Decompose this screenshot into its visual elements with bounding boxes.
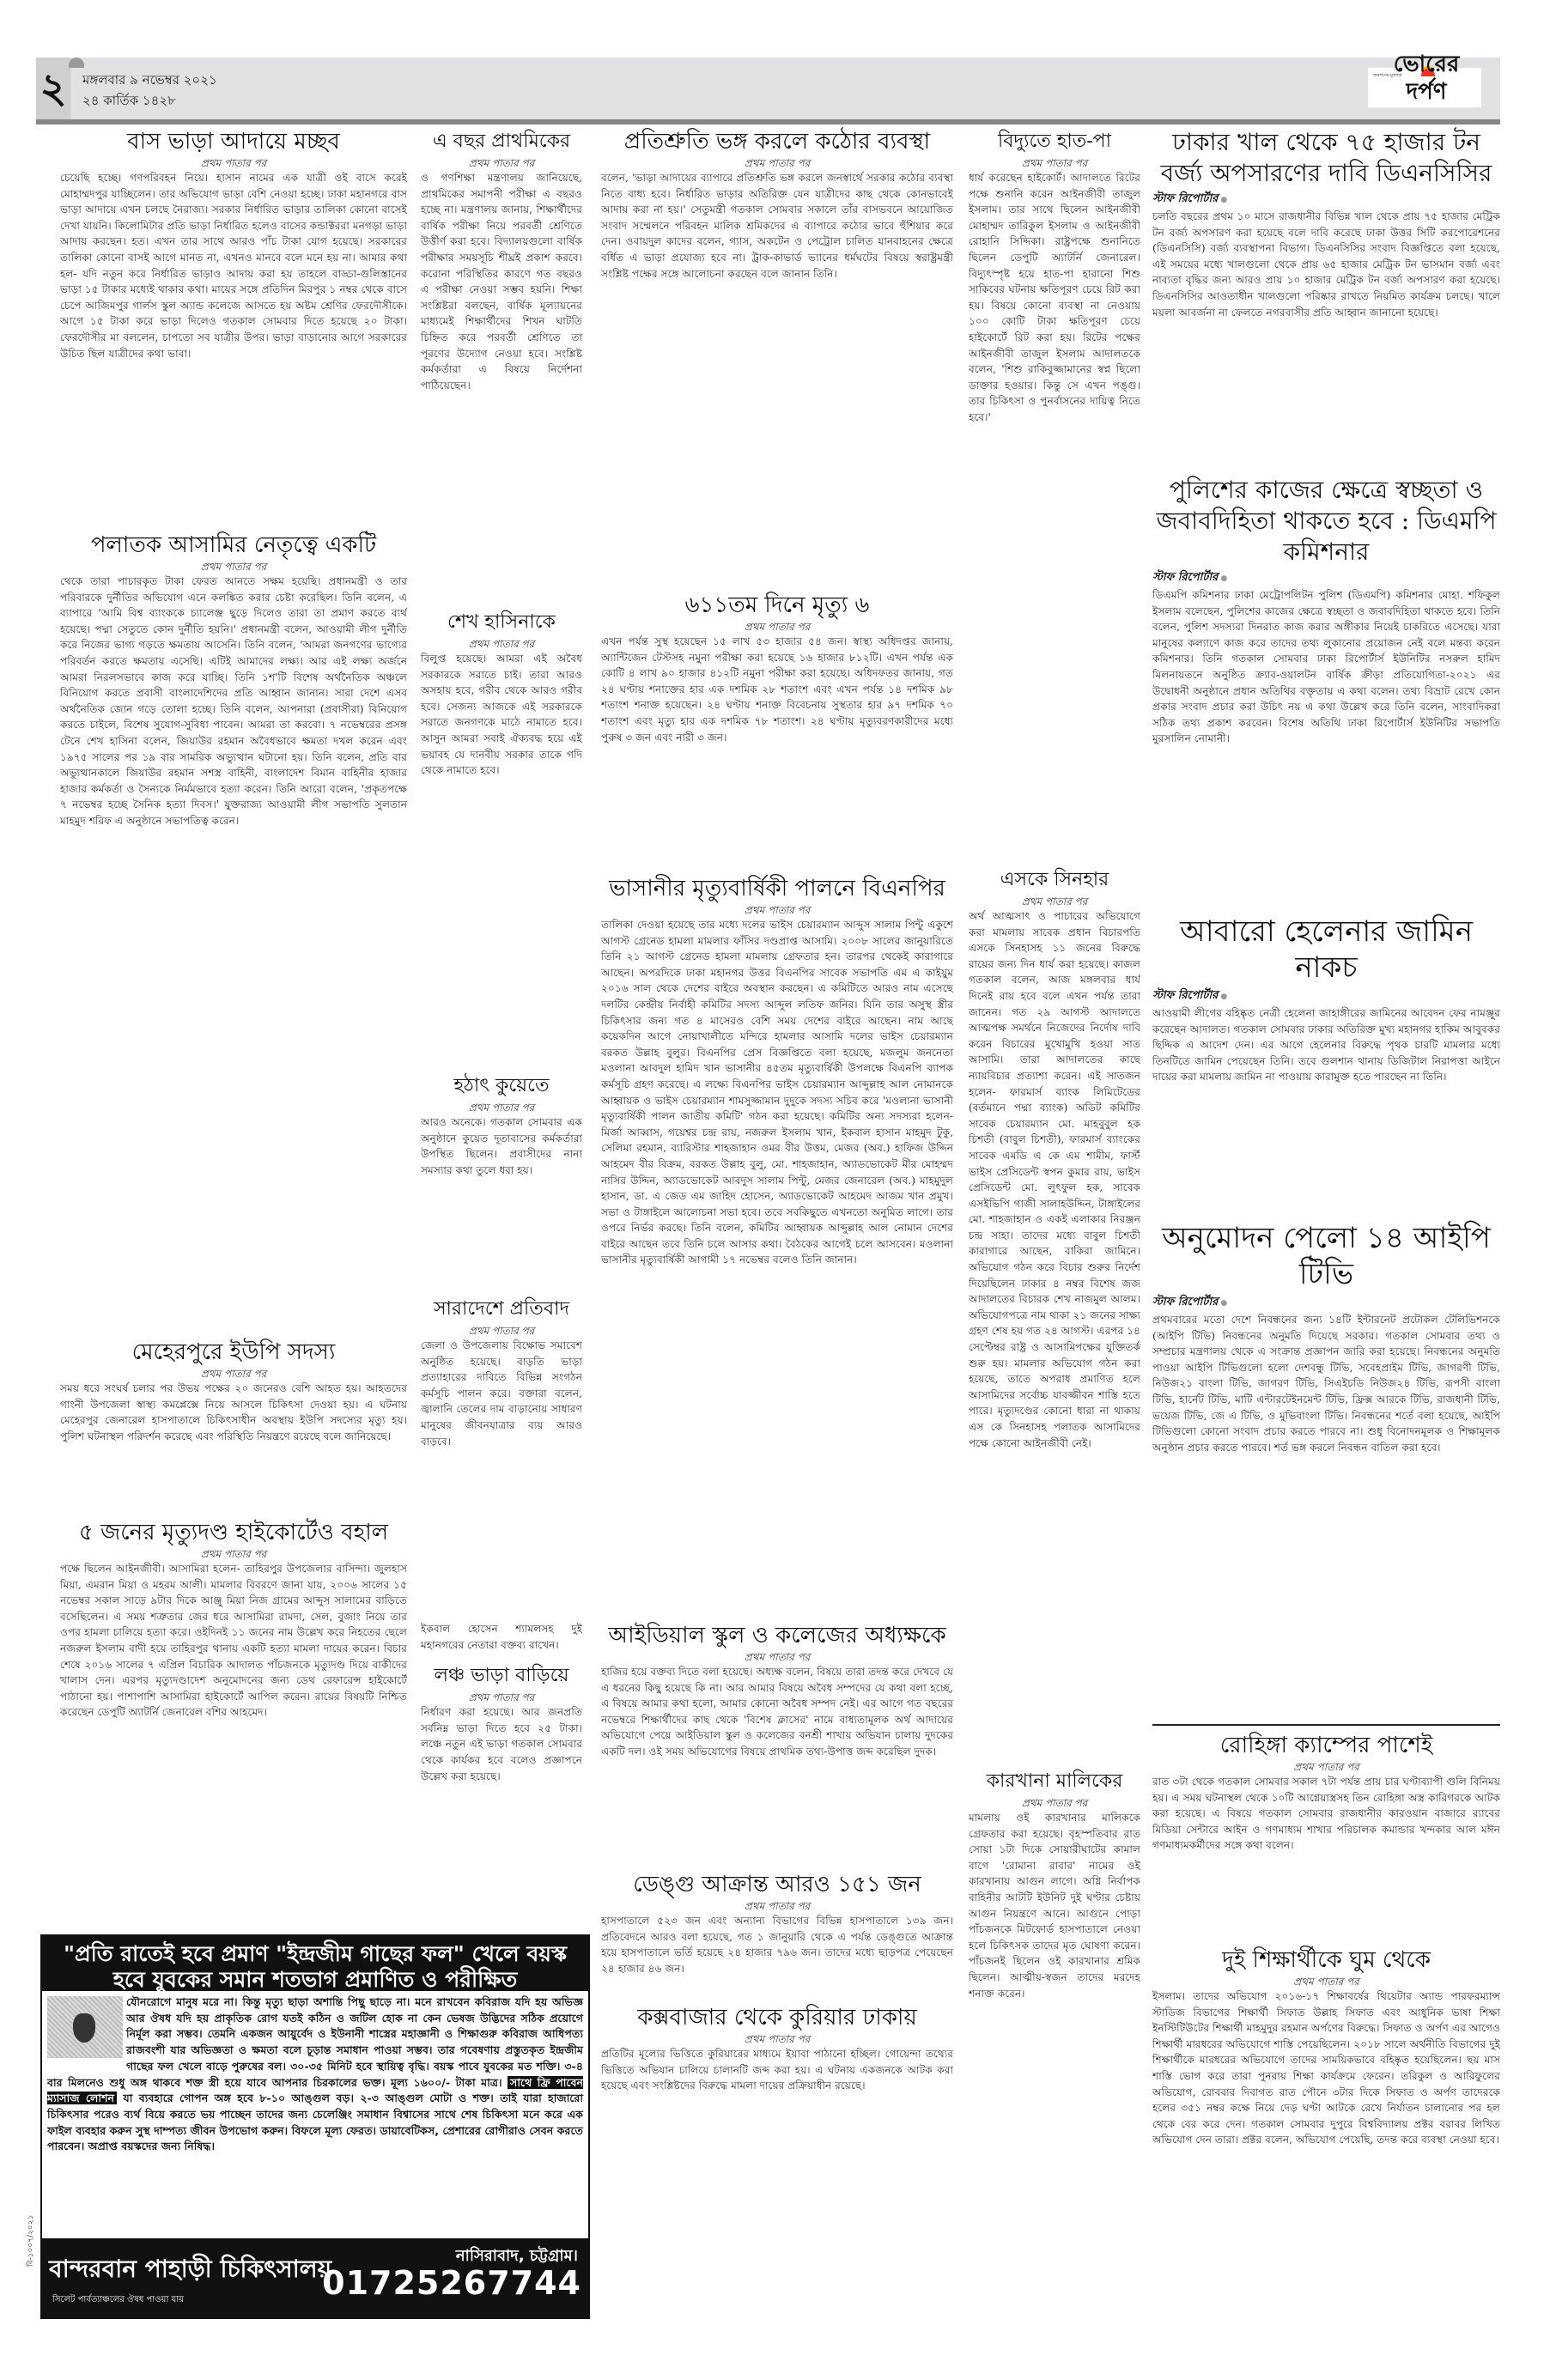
story-dmp-commissioner: পুলিশের কাজের ক্ষেত্রে স্বচ্ছতা ও জবাবদি… [1152,475,1500,905]
continued-label: প্রথম পাতার পর [601,1650,953,1664]
continued-label: প্রথম পাতার পর [421,637,582,651]
ad-body-text-2: যা ব্যবহারে গোপন অঙ্গ হবে ৮-১০ আঙ্গুল বড… [47,2092,583,2152]
story-body: পক্ষে ছিলেন আইনজীবী। আসামিরা হলেন- তাহির… [60,1561,407,1724]
page-header-bar: ২ মঙ্গলবার ৯ নভেম্বর ২০২১ ২৪ কার্তিক ১৪২… [36,58,1500,124]
logo-name: ভোরের দর্পণ [1371,51,1481,106]
date-gregorian: মঙ্গলবার ৯ নভেম্বর ২০২১ [82,70,217,90]
story-electric-shock: বিদ্যুতে হাত-পা প্রথম পাতার পর ধার্য করে… [969,127,1140,857]
ad-code: বি-১০০৭/২০২১ [24,2215,37,2267]
headline: লঞ্চ ভাড়া বাড়িয়ে [421,1661,582,1691]
story-helena-bail: আবারো হেলেনার জামিন নাকচ স্টাফ রিপোর্টার… [1152,914,1500,1211]
headline: পলাতক আসামির নেতৃত্বে একটি [60,531,407,560]
headline: এসকে সিনহার [969,865,1140,895]
story-body: অর্থ আত্মসাৎ ও পাচারের অভিযোগে করা মামলা… [969,908,1140,1758]
headline: বাস ভাড়া আদায়ে মচ্ছব [60,127,407,156]
page-number: ২ [36,58,70,119]
story-body: হাজির হয়ে বক্তব্য দিতে বলা হয়েছে। অধ্য… [601,1664,953,1861]
clinic-name: বান্দরবান পাহাড়ী চিকিৎসালয় [49,2250,331,2291]
column-3: প্রতিশ্রুতি ভঙ্গ করলে কঠোর ব্যবস্থা প্রথ… [601,127,953,2103]
story-body: চেয়েছি হচ্ছে। গণপরিবহন নিয়ে। হাসান নাম… [60,170,407,522]
headline: অনুমোদন পেলো ১৪ আইপি টিভি [1152,1220,1500,1292]
continued-label: প্রথম পাতার পর [421,156,582,170]
headline: ডেঙ্গু আক্রান্ত আরও ১৫১ জন [601,1870,953,1899]
continued-label: প্রথম পাতার পর [601,620,953,634]
ad-footer: বান্দরবান পাহাড়ী চিকিৎসালয় সিলেট পার্ব… [42,2238,588,2317]
continued-label: প্রথম পাতার পর [421,1324,582,1338]
headline: আইডিয়াল স্কুল ও কলেজের অধ্যক্ষকে [601,1621,953,1650]
story-body: ধার্য করেছেন হাইকোর্ট। আদালতে রিটের পক্ষ… [969,170,1140,857]
story-ip-tv: অনুমোদন পেলো ১৪ আইপি টিভি স্টাফ রিপোর্টা… [1152,1220,1500,1715]
story-body: প্রথমবারের মতো দেশে নিবন্ধনের জন্য ১৪টি … [1152,1312,1500,1715]
headline: ৫ জনের মৃত্যুদণ্ড হাইকোর্টেও বহাল [60,1518,407,1547]
story-strict-action: প্রতিশ্রুতি ভঙ্গ করলে কঠোর ব্যবস্থা প্রথ… [601,127,953,582]
column-4: বিদ্যুতে হাত-পা প্রথম পাতার পর ধার্য করে… [969,127,1140,2010]
story-body: তালিকা দেওয়া হয়েছে তার মধ্যে দলের ভাইস… [601,917,953,1612]
story-bnp-bhashani: ভাসানীর মৃত্যুবার্ষিকী পালনে বিএনপির প্র… [601,874,953,1612]
continued-label: প্রথম পাতার পর [421,1101,582,1114]
headline: হঠাৎ কুয়েতে [421,1072,582,1101]
advertisement-herbal-clinic: "প্রতি রাতেই হবে প্রমাণ "ইন্দ্রজীম গাছের… [40,1934,590,2319]
story-body: আরও অনেকে। গতকাল সোমবার এক অনুষ্ঠানে কুয… [421,1114,582,1286]
continued-label: প্রথম পাতার পর [601,156,953,170]
story-body: আওয়ামী লীগের বহিষ্কৃত নেত্রী হেলেনা জাহ… [1152,1005,1500,1211]
clinic-phone[interactable]: 01725267744 [322,2264,581,2302]
headline: প্রতিশ্রুতি ভঙ্গ করলে কঠোর ব্যবস্থা [601,127,953,156]
story-body: হাসপাতালে ৫২৩ জন এবং অন্যান্য বিভাগের বি… [601,1913,953,1994]
story-body: মামলায় ওই কারখানার মালিককে গ্রেফতার করা… [969,1810,1140,2001]
story-meherpur-up-member: মেহেরপুরে ইউপি সদস্য প্রথম পাতার পর সময়… [60,1338,407,1509]
story-dengue: ডেঙ্গু আক্রান্ত আরও ১৫১ জন প্রথম পাতার প… [601,1870,953,1994]
story-body: ডিএমপি কমিশনার ঢাকা মেট্রোপলিটন পুলিশ (ড… [1152,587,1500,905]
headline: রোহিঙ্গা ক্যাম্পের পাশেই [1152,1731,1500,1760]
continued-label: প্রথম পাতার পর [969,156,1140,170]
continued-label: প্রথম পাতার পর [60,156,407,170]
story-sk-sinha: এসকে সিনহার প্রথম পাতার পর অর্থ আত্মসাৎ … [969,865,1140,1758]
story-body: সময় ধরে সংঘর্ষ চলার পর উভয় পক্ষের ২০ জ… [60,1381,407,1509]
ad-body-text: যৌনরোগে মানুষ মরে না। কিন্তু মৃত্যু ছাড়… [47,1995,583,2089]
headline: ঢাকার খাল থেকে ৭৫ হাজার টন বর্জ্য অপসারণ… [1152,127,1500,189]
continued-label: প্রথম পাতার পর [601,903,953,917]
headline: এ বছর প্রাথমিকের [421,127,582,156]
story-body: ইসলাম। তাদের অভিযোগ ২০১৬-১৭ শিক্ষাবর্ষের… [1152,1988,1500,2148]
story-body: প্রতিটির মূল্যের ভিত্তিতে কুরিয়ারের মাধ… [601,2046,953,2094]
continued-label: প্রথম পাতার পর [969,895,1140,908]
column-1: বাস ভাড়া আদায়ে মচ্ছব প্রথম পাতার পর চে… [60,127,407,1733]
byline: স্টাফ রিপোর্টার [1152,987,1500,1005]
story-body: বলেন, 'ভাড়া আদায়ের ব্যাপারে প্রতিশ্রুত… [601,170,953,582]
headline: মেহেরপুরে ইউপি সদস্য [60,1338,407,1367]
story-kuwait: হঠাৎ কুয়েতে প্রথম পাতার পর আরও অনেকে। গ… [421,1072,582,1286]
byline: স্টাফ রিপোর্টার [1152,191,1500,209]
story-body-tail: ইকবাল হোসেন শ্যামলসহ দুই মহানগরের নেতারা… [421,1621,582,1653]
continued-label: প্রথম পাতার পর [969,1796,1140,1810]
issue-dates: মঙ্গলবার ৯ নভেম্বর ২০২১ ২৪ কার্তিক ১৪২৮ [82,70,217,111]
headline: আবারো হেলেনার জামিন নাকচ [1152,914,1500,986]
story-coxsbazar-courier: কক্সবাজার থেকে কুরিয়ার ঢাকায় প্রথম পাত… [601,2003,953,2094]
headline: শেখ হাসিনাকে [421,608,582,637]
continued-label: প্রথম পাতার পর [1152,1975,1500,1988]
headline: বিদ্যুতে হাত-পা [969,127,1140,156]
story-body: এখন পর্যন্ত সুস্থ হয়েছেন ১৫ লাখ ৫৩ হাজা… [601,634,953,865]
story-fugitive-accused: পলাতক আসামির নেতৃত্বে একটি প্রথম পাতার প… [60,531,407,1329]
story-body: রাত ৩টা থেকে গতকাল সোমবার সকাল ৭টা পর্যন… [1152,1774,1500,1937]
date-bengali: ২৪ কার্তিক ১৪২৮ [82,90,217,111]
byline: স্টাফ রিপোর্টার [1152,1294,1500,1312]
story-body: চলতি বছরের প্রথম ১০ মাসে রাজধানীর বিভিন্… [1152,209,1500,466]
continued-label: প্রথম পাতার পর [601,2032,953,2046]
headline: কারখানা মালিকের [969,1767,1140,1796]
story-death-sentence-upheld: ৫ জনের মৃত্যুদণ্ড হাইকোর্টেও বহাল প্রথম … [60,1518,407,1724]
story-covid-deaths: ৬১১তম দিনে মৃত্যু ৬ প্রথম পাতার পর এখন প… [601,591,953,865]
headline: দুই শিক্ষার্থীকে ঘুম থেকে [1152,1946,1500,1975]
headline: পুলিশের কাজের ক্ষেত্রে স্বচ্ছতা ও জবাবদি… [1152,475,1500,568]
story-ideal-school: আইডিয়াল স্কুল ও কলেজের অধ্যক্ষকে প্রথম … [601,1621,953,1861]
story-body: থেকে তারা পাচারকৃত টাকা ফেরত আনতে সক্ষম … [60,574,407,1329]
story-students-woken: দুই শিক্ষার্থীকে ঘুম থেকে প্রথম পাতার পর… [1152,1946,1500,2148]
story-dncc-canal-waste: ঢাকার খাল থেকে ৭৫ হাজার টন বর্জ্য অপসারণ… [1152,127,1500,466]
headline: ভাসানীর মৃত্যুবার্ষিকী পালনে বিএনপির [601,874,953,903]
story-body: ও গণশিক্ষা মন্ত্রণালয় জানিয়েছে, প্রাথম… [421,170,582,599]
headline: সারাদেশে প্রতিবাদ [421,1295,582,1324]
story-launch-fare: লঞ্চ ভাড়া বাড়িয়ে প্রথম পাতার পর নির্ধ… [421,1661,582,1784]
column-2: এ বছর প্রাথমিকের প্রথম পাতার পর ও গণশিক্… [421,127,582,1793]
ad-headline: "প্রতি রাতেই হবে প্রমাণ "ইন্দ্রজীম গাছের… [42,1936,588,1991]
story-primary-exam: এ বছর প্রাথমিকের প্রথম পাতার পর ও গণশিক্… [421,127,582,599]
headline: কক্সবাজার থেকে কুরিয়ার ঢাকায় [601,2003,953,2032]
newspaper-logo: জনগণের মুখপত্র ভোরের দর্পণ [1368,68,1481,107]
story-nationwide-protest: সারাদেশে প্রতিবাদ প্রথম পাতার পর জেলা ও … [421,1295,582,1653]
story-body: নির্ধারণ করা হয়েছে। আর জনপ্রতি সর্বনিম্… [421,1704,582,1784]
story-sheikh-hasina: শেখ হাসিনাকে প্রথম পাতার পর বিলুপ্ত হয়ে… [421,608,582,1063]
continued-label: প্রথম পাতার পর [1152,1760,1500,1774]
ad-body: যৌনরোগে মানুষ মরে না। কিন্তু মৃত্যু ছাড়… [47,1994,583,2155]
continued-label: প্রথম পাতার পর [601,1899,953,1913]
clinic-tagline: সিলেট পার্বত্যাঞ্চলের ঔষধ পাওয়া যায় [52,2293,184,2308]
continued-label: প্রথম পাতার পর [421,1691,582,1704]
continued-label: প্রথম পাতার পর [60,1547,407,1561]
divider [1152,1724,1500,1726]
story-rohingya-camp: রোহিঙ্গা ক্যাম্পের পাশেই প্রথম পাতার পর … [1152,1731,1500,1937]
story-factory-owner: কারখানা মালিকের প্রথম পাতার পর মামলায় ও… [969,1767,1140,2001]
continued-label: প্রথম পাতার পর [60,560,407,574]
story-body: জেলা ও উপজেলায় বিক্ষোভ সমাবেশ অনুষ্ঠিত … [421,1338,582,1621]
byline: স্টাফ রিপোর্টার [1152,569,1500,587]
story-body: বিলুপ্ত হয়েছে। আমরা এই অবৈধ সরকারকে সরা… [421,651,582,1063]
headline: ৬১১তম দিনে মৃত্যু ৬ [601,591,953,620]
story-bus-fare: বাস ভাড়া আদায়ে মচ্ছব প্রথম পাতার পর চে… [60,127,407,522]
column-5: ঢাকার খাল থেকে ৭৫ হাজার টন বর্জ্য অপসারণ… [1152,127,1500,2157]
continued-label: প্রথম পাতার পর [60,1367,407,1381]
